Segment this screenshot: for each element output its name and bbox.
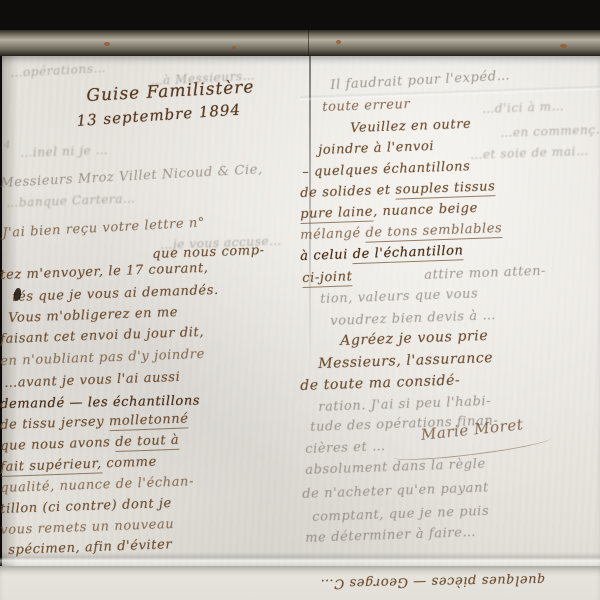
binding-edge (0, 30, 600, 56)
manuscript-line-right: ci-joint (302, 269, 353, 286)
binding-crease-line (308, 30, 309, 56)
manuscript-line-right: …d'ici à m… (482, 99, 565, 116)
ledger-photo: Guise Familistère 13 septembre 1894 4…op… (0, 0, 600, 600)
binding-rust-speck (560, 44, 567, 48)
binding-rust-speck (104, 42, 110, 46)
binding-rust-speck (336, 40, 341, 44)
manuscript-line-left: 4 (4, 140, 11, 151)
manuscript-line-right: toute erreur (322, 97, 411, 115)
manuscript-line-right: cières et … (305, 439, 386, 457)
binding-rust-speck (232, 46, 236, 49)
